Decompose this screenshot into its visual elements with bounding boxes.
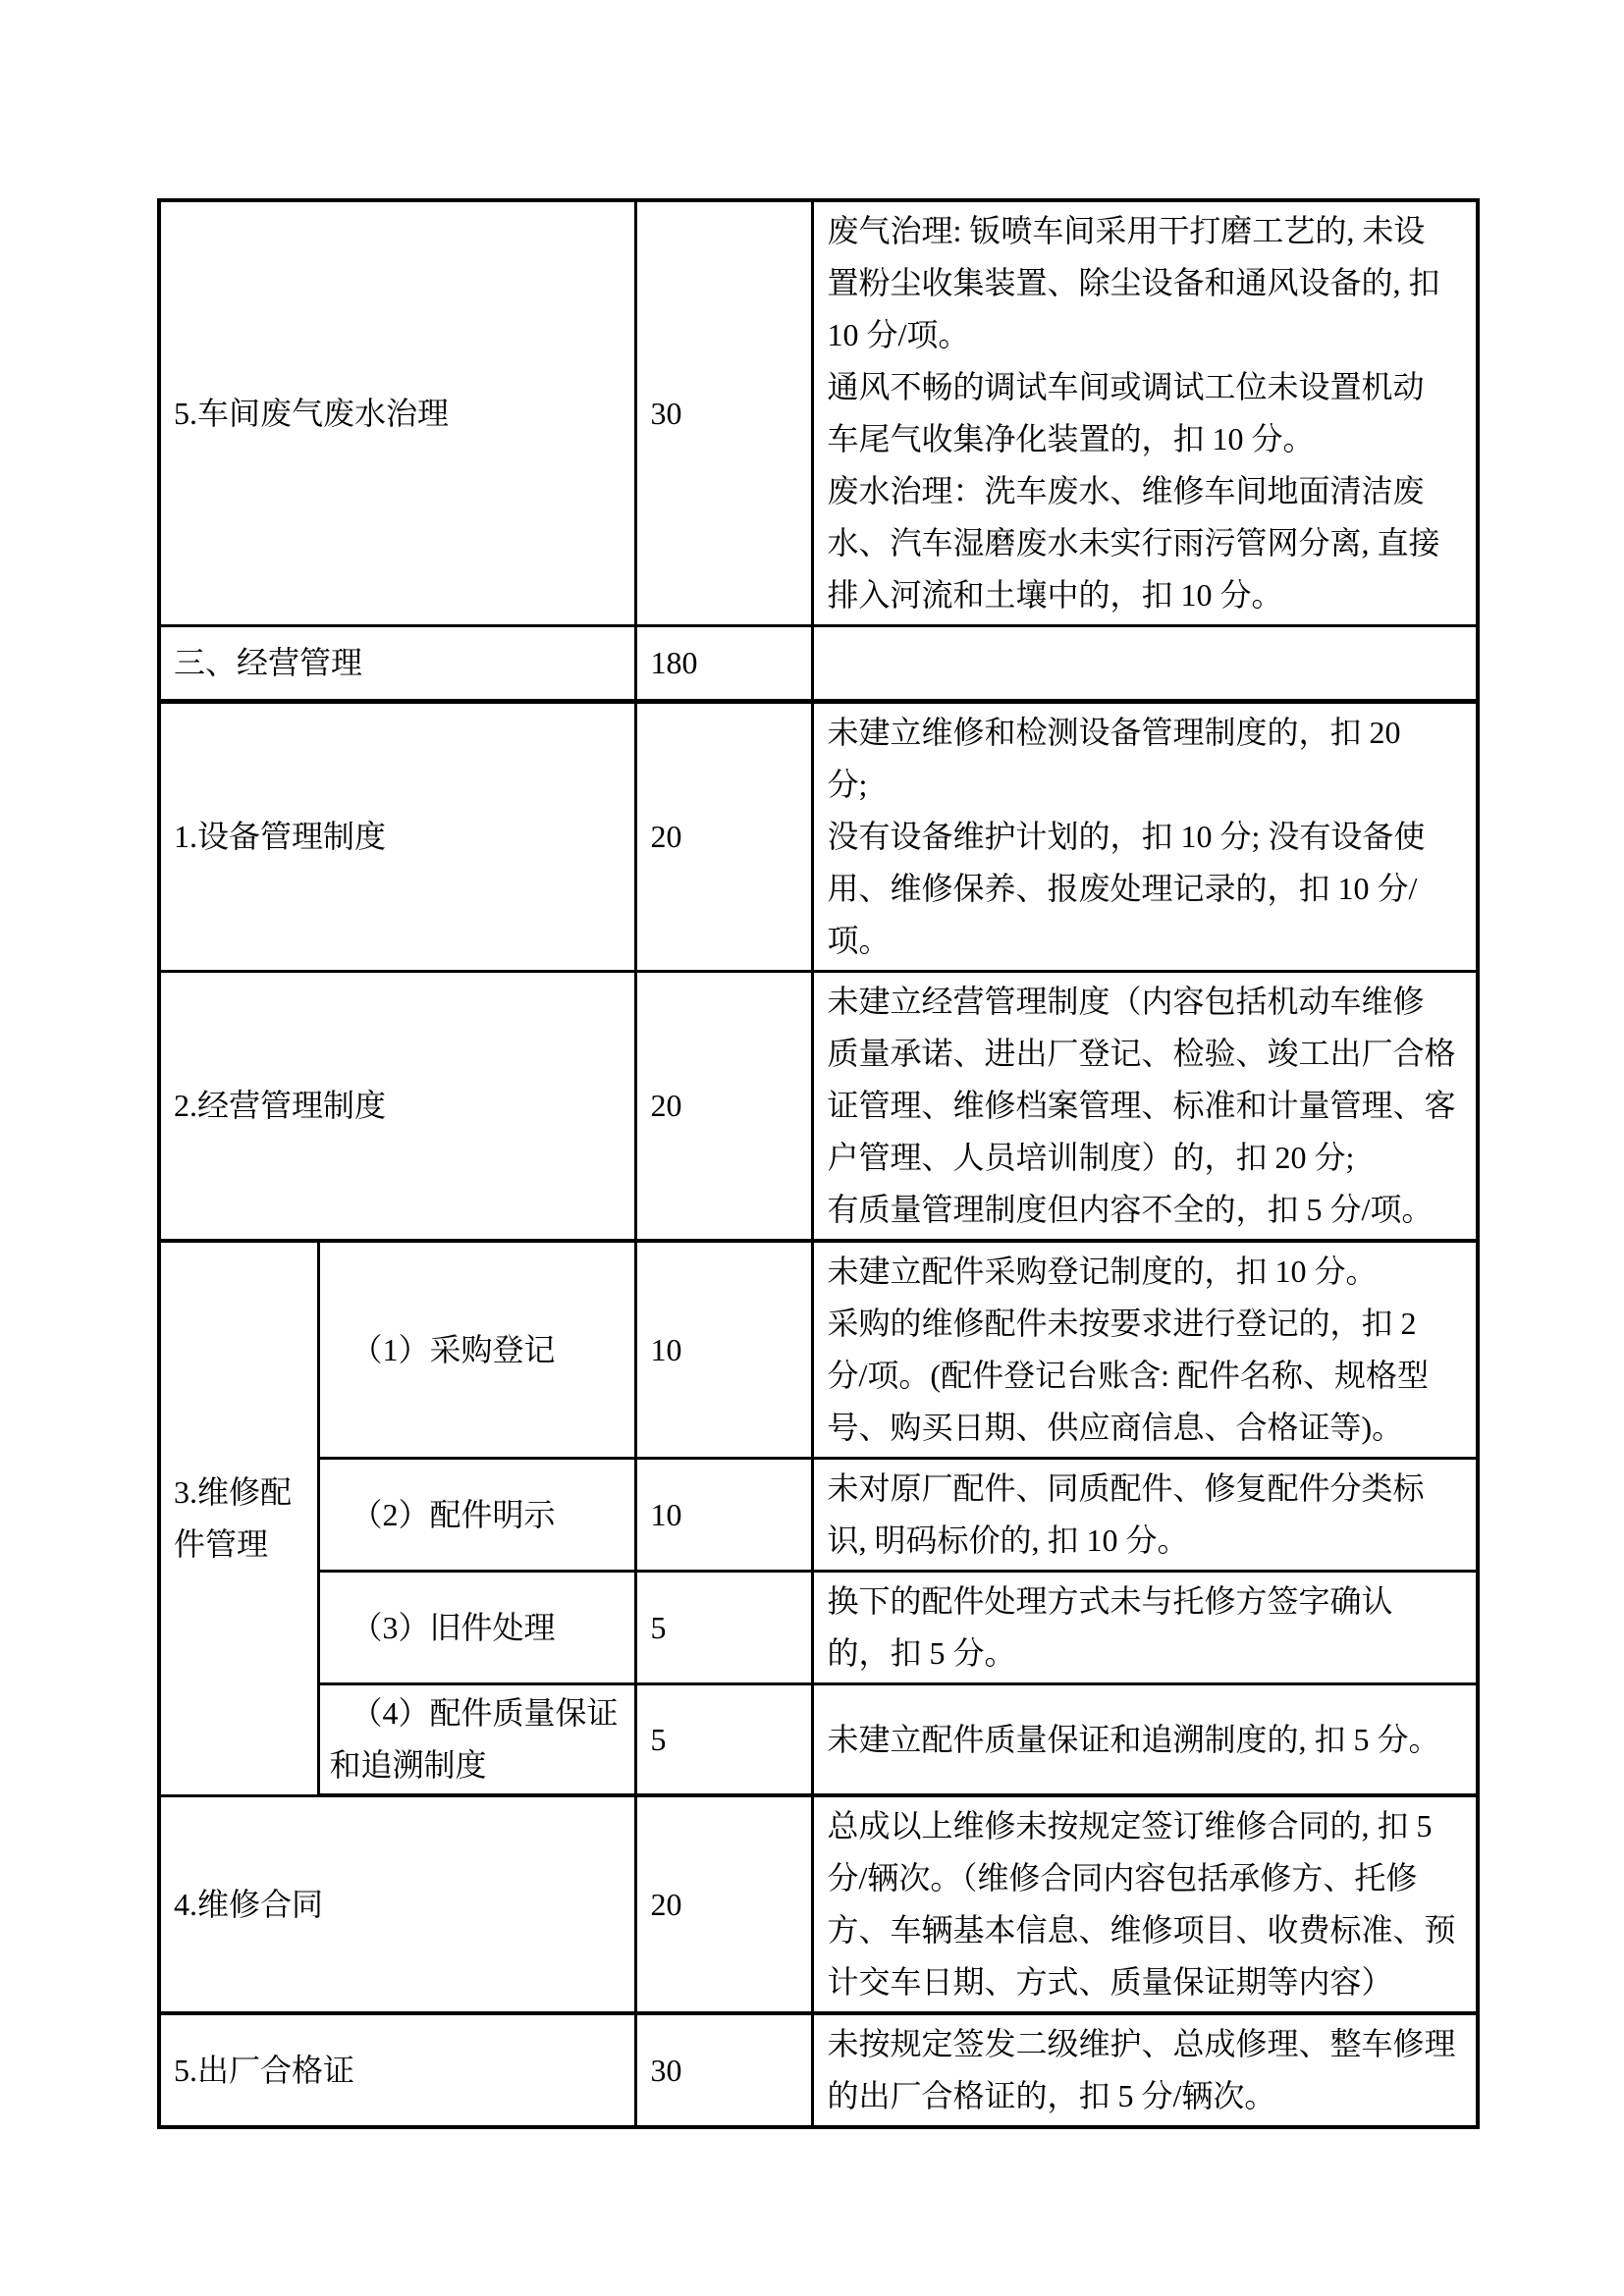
item-cell-repair-contract: 4.维修合同 bbox=[159, 1795, 635, 2013]
table-row: 3.维修配 件管理 （1）采购登记 10 未建立配件采购登记制度的，扣 10 分… bbox=[159, 1241, 1478, 1459]
score-cell-parts-labeling: 10 bbox=[635, 1459, 812, 1572]
criteria-cell-factory-certificate: 未按规定签发二级维护、总成修理、整车修理 的出厂合格证的，扣 5 分/辆次。 bbox=[812, 2013, 1478, 2127]
item-cell-factory-certificate: 5.出厂合格证 bbox=[159, 2013, 635, 2127]
score-cell-equipment-management-system: 20 bbox=[635, 702, 812, 972]
document-page: 5.车间废气废水治理 30 废气治理: 钣喷车间采用干打磨工艺的, 未设 置粉尘… bbox=[0, 0, 1624, 2296]
criteria-cell-old-parts-handling: 换下的配件处理方式未与托修方签字确认 的，扣 5 分。 bbox=[812, 1572, 1478, 1684]
score-cell-factory-certificate: 30 bbox=[635, 2013, 812, 2127]
criteria-cell-equipment-management-system: 未建立维修和检测设备管理制度的，扣 20 分; 没有设备维护计划的，扣 10 分… bbox=[812, 702, 1478, 972]
criteria-cell-business-management-system: 未建立经营管理制度（内容包括机动车维修 质量承诺、进出厂登记、检验、竣工出厂合格… bbox=[812, 972, 1478, 1242]
score-cell-repair-contract: 20 bbox=[635, 1795, 812, 2013]
table-row: 2.经营管理制度 20 未建立经营管理制度（内容包括机动车维修 质量承诺、进出厂… bbox=[159, 972, 1478, 1242]
item-cell-parts-labeling: （2）配件明示 bbox=[318, 1459, 635, 1572]
table-row: 5.车间废气废水治理 30 废气治理: 钣喷车间采用干打磨工艺的, 未设 置粉尘… bbox=[159, 200, 1478, 626]
table-row: 三、经营管理 180 bbox=[159, 626, 1478, 702]
score-cell-purchase-registration: 10 bbox=[635, 1241, 812, 1459]
table-row: 1.设备管理制度 20 未建立维修和检测设备管理制度的，扣 20 分; 没有设备… bbox=[159, 702, 1478, 972]
item-cell-section-business-management: 三、经营管理 bbox=[159, 626, 635, 702]
score-cell-parts-quality-assurance: 5 bbox=[635, 1684, 812, 1796]
table-row: （2）配件明示 10 未对原厂配件、同质配件、修复配件分类标 识, 明码标价的,… bbox=[159, 1459, 1478, 1572]
criteria-cell-section-business-management bbox=[812, 626, 1478, 702]
score-cell-old-parts-handling: 5 bbox=[635, 1572, 812, 1684]
item-cell-old-parts-handling: （3）旧件处理 bbox=[318, 1572, 635, 1684]
score-cell-workshop-waste-treatment: 30 bbox=[635, 200, 812, 626]
criteria-cell-repair-contract: 总成以上维修未按规定签订维修合同的, 扣 5 分/辆次。（维修合同内容包括承修方… bbox=[812, 1795, 1478, 2013]
item-cell-workshop-waste-treatment: 5.车间废气废水治理 bbox=[159, 200, 635, 626]
item-cell-business-management-system: 2.经营管理制度 bbox=[159, 972, 635, 1242]
item-cell-equipment-management-system: 1.设备管理制度 bbox=[159, 702, 635, 972]
criteria-cell-workshop-waste-treatment: 废气治理: 钣喷车间采用干打磨工艺的, 未设 置粉尘收集装置、除尘设备和通风设备… bbox=[812, 200, 1478, 626]
table-row: （3）旧件处理 5 换下的配件处理方式未与托修方签字确认 的，扣 5 分。 bbox=[159, 1572, 1478, 1684]
item-cell-parts-quality-assurance: （4）配件质量保证 和追溯制度 bbox=[318, 1684, 635, 1796]
table-row: 4.维修合同 20 总成以上维修未按规定签订维修合同的, 扣 5 分/辆次。（维… bbox=[159, 1795, 1478, 2013]
score-cell-section-business-management: 180 bbox=[635, 626, 812, 702]
score-cell-business-management-system: 20 bbox=[635, 972, 812, 1242]
criteria-cell-parts-quality-assurance: 未建立配件质量保证和追溯制度的, 扣 5 分。 bbox=[812, 1684, 1478, 1796]
criteria-cell-parts-labeling: 未对原厂配件、同质配件、修复配件分类标 识, 明码标价的, 扣 10 分。 bbox=[812, 1459, 1478, 1572]
table-row: （4）配件质量保证 和追溯制度 5 未建立配件质量保证和追溯制度的, 扣 5 分… bbox=[159, 1684, 1478, 1796]
group-cell-repair-parts-management: 3.维修配 件管理 bbox=[159, 1241, 318, 1795]
criteria-cell-purchase-registration: 未建立配件采购登记制度的，扣 10 分。 采购的维修配件未按要求进行登记的，扣 … bbox=[812, 1241, 1478, 1459]
assessment-table: 5.车间废气废水治理 30 废气治理: 钣喷车间采用干打磨工艺的, 未设 置粉尘… bbox=[157, 198, 1480, 2129]
item-cell-purchase-registration: （1）采购登记 bbox=[318, 1241, 635, 1459]
table-row: 5.出厂合格证 30 未按规定签发二级维护、总成修理、整车修理 的出厂合格证的，… bbox=[159, 2013, 1478, 2127]
